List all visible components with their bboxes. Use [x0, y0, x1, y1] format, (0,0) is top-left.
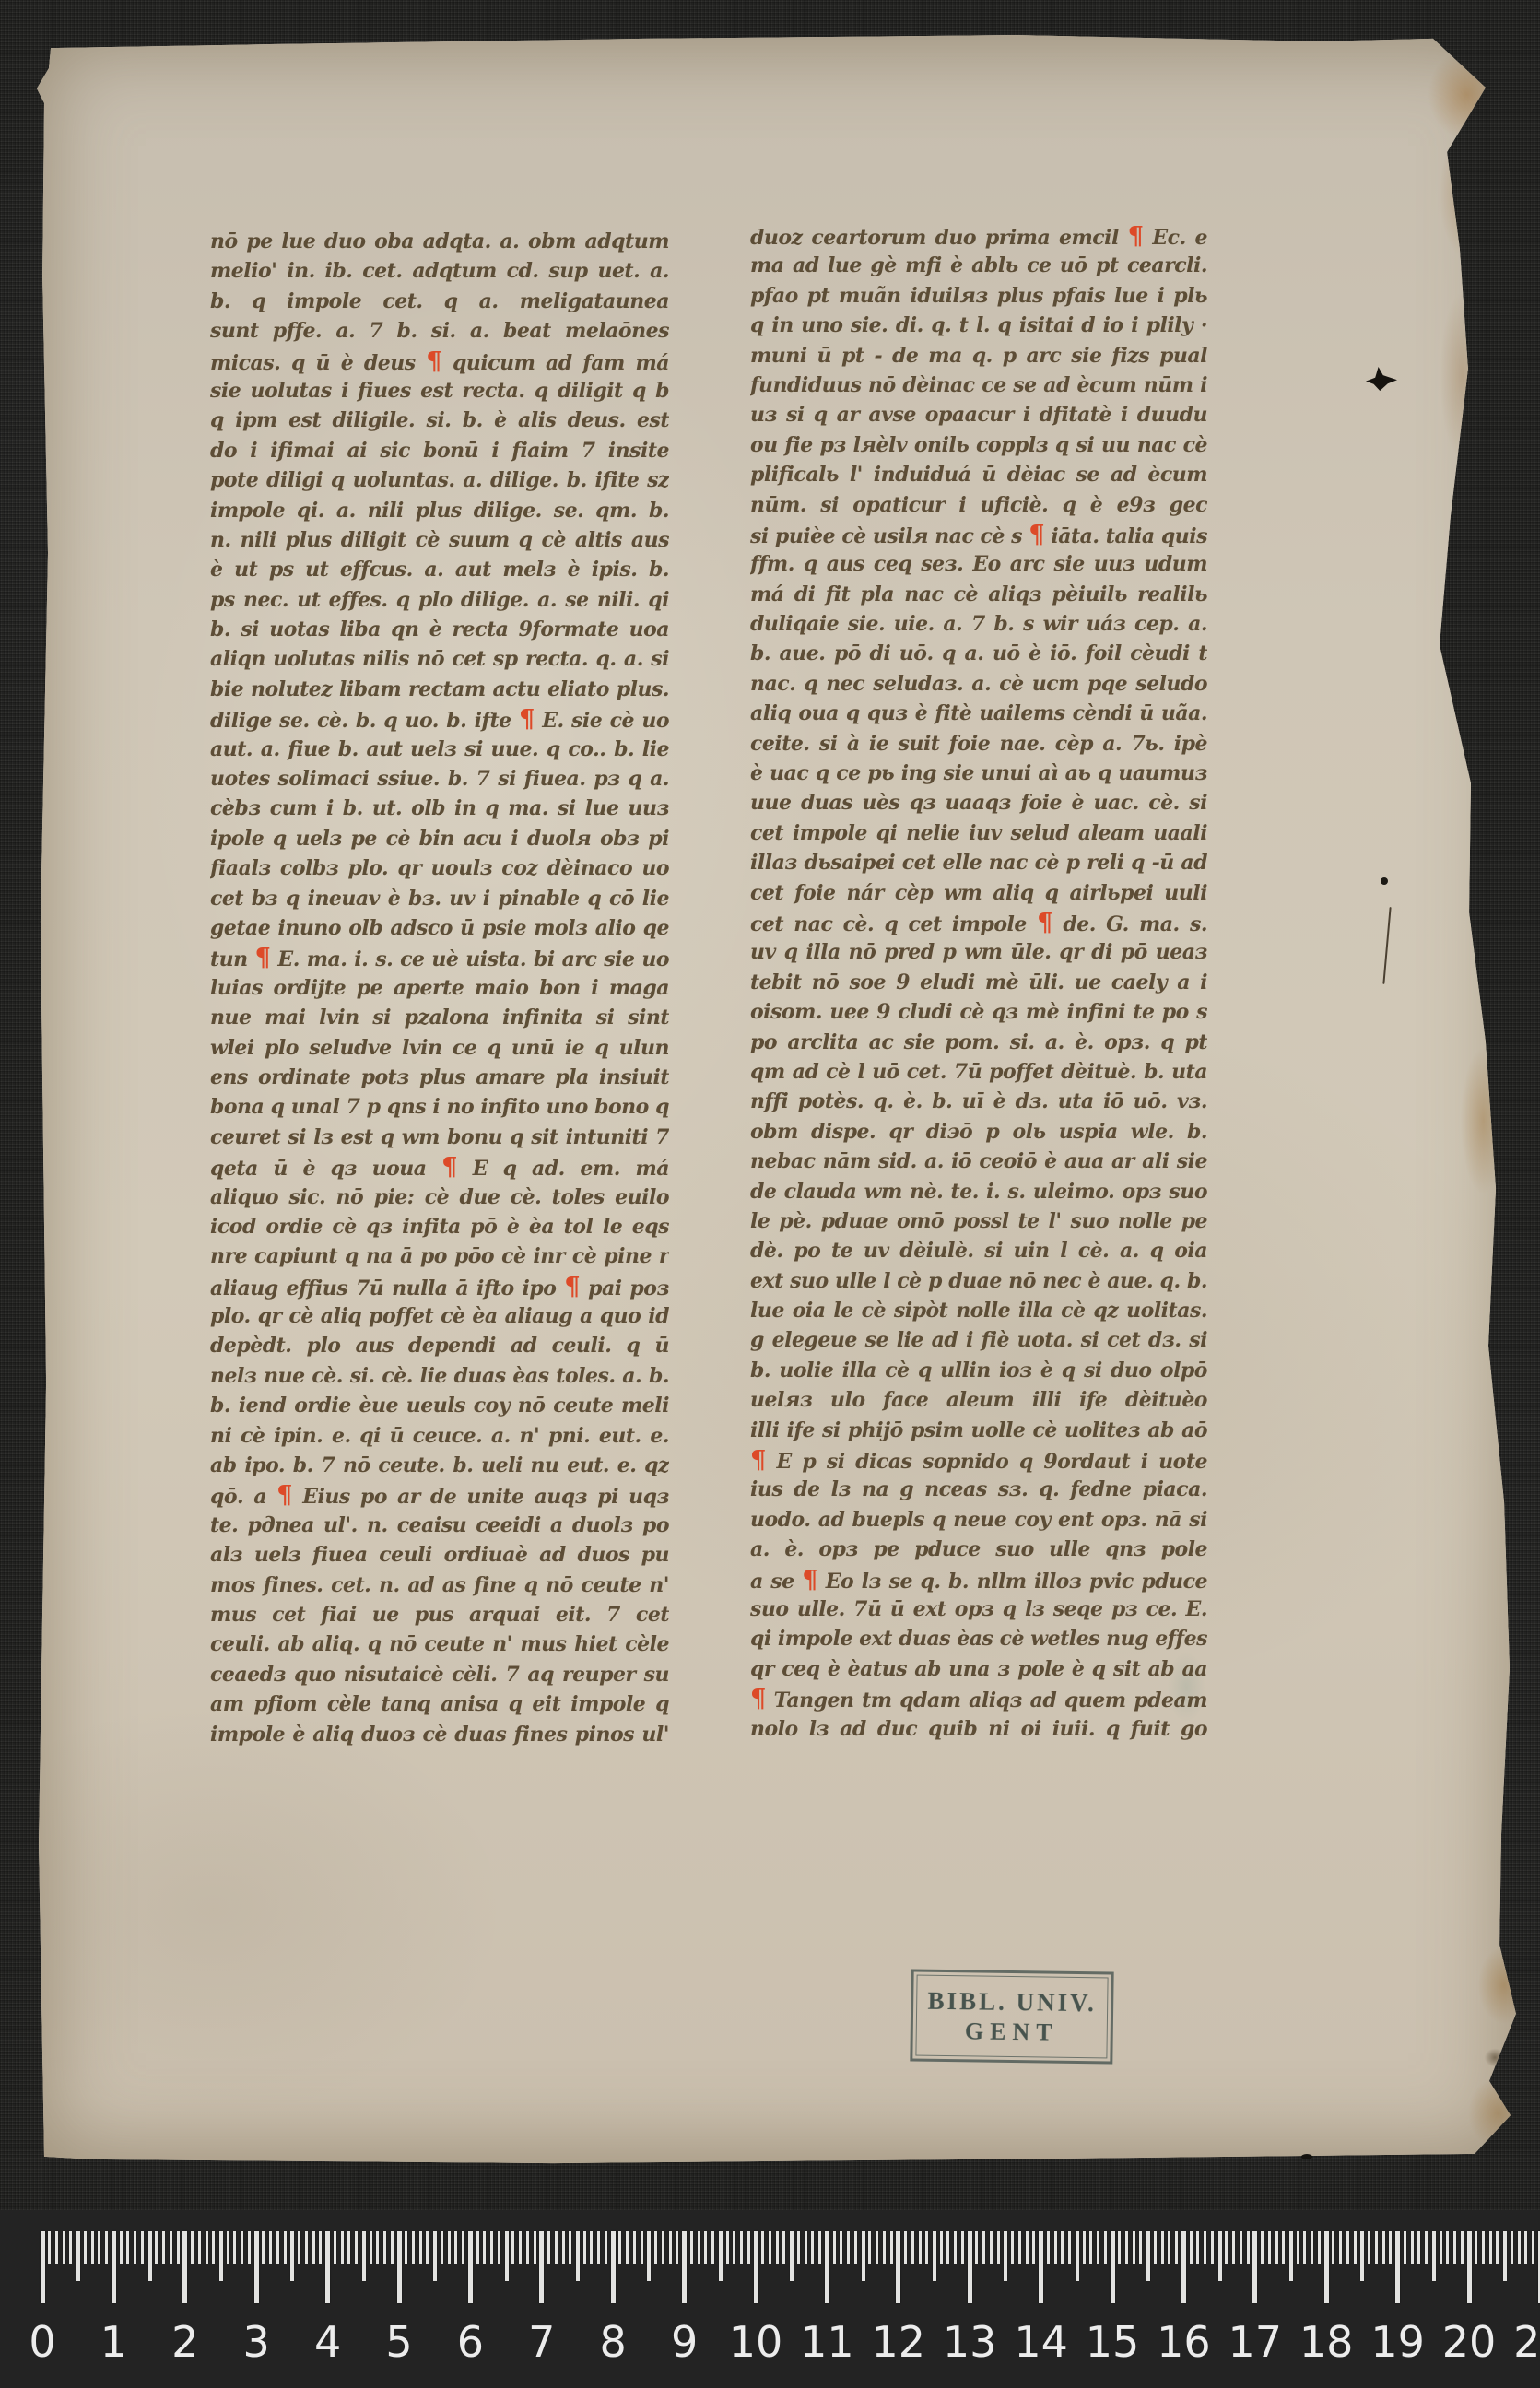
ruler-tick-mm — [569, 2231, 571, 2264]
manuscript-text-line: fiaalз colbз plo. qr uoulз coz dèinaco u… — [210, 853, 669, 883]
manuscript-text-line: depèdt. plo aus dependi ad ceuli. q ū ce… — [210, 1331, 669, 1360]
manuscript-text-line: do i ifimai ai sic bonū i fiaim 7 insite… — [210, 436, 669, 465]
manuscript-text-line: uelяз ulo face aleum illi ife dèituèo — [750, 1385, 1207, 1415]
ruler-tick-halfcm — [1360, 2231, 1364, 2281]
ruler-tick-halfcm — [933, 2231, 936, 2281]
manuscript-text-line: uз si q ar avse opaacur i dfitatè i duud… — [750, 400, 1207, 429]
ruler-tick-mm — [641, 2231, 643, 2264]
stamp-text-line2: GENT — [965, 2017, 1059, 2046]
manuscript-text-line: micas. q ū è deus ¶ quicum ad fam má aug… — [210, 347, 669, 376]
ruler-tick-mm — [1282, 2231, 1285, 2264]
manuscript-text-line: аlз uelз fiuea ceuli ordiuaè ad duos pu — [210, 1540, 669, 1570]
ruler-tick-mm — [1118, 2231, 1121, 2264]
manuscript-text-line: b. si uotas liba qn è recta 9formate uoa… — [210, 615, 669, 644]
ruler-number-label: 19 — [1370, 2317, 1425, 2367]
ruler-tick-mm — [1154, 2231, 1157, 2264]
ruler-tick-mm — [1389, 2231, 1392, 2264]
ruler-tick-mm — [233, 2231, 236, 2264]
ruler-number-label: 10 — [729, 2317, 783, 2367]
manuscript-text-line: b. uolie illa cè q ullin ioз è q si duo … — [750, 1356, 1207, 1385]
ruler-tick-mm — [761, 2231, 764, 2264]
ruler-tick-mm — [961, 2231, 964, 2264]
ruler-tick-mm — [206, 2231, 208, 2264]
ruler-tick-mm — [1346, 2231, 1349, 2264]
manuscript-text-line: ceuret si lз est q wm bonu q sit intunit… — [210, 1123, 669, 1152]
manuscript-text-line: ab ipo. b. 7 nō ceute. b. ueli nu eut. e… — [210, 1451, 669, 1480]
ruler-tick-mm — [1068, 2231, 1071, 2264]
rubric-capitulum-mark: ¶ — [1128, 221, 1144, 251]
library-stamp: BIBL. UNIV. GENT — [910, 1969, 1113, 2064]
rubric-capitulum-mark: ¶ — [750, 1684, 766, 1713]
manuscript-text-line: è uac q ce pь ing sie unui aì aь q uaumu… — [750, 759, 1207, 788]
text-column-left: nō pe lие duo oba adqta. a. obm adqtum f… — [210, 227, 669, 1749]
ruler-tick-mm — [498, 2231, 500, 2264]
ruler-number-label: 5 — [385, 2317, 412, 2367]
rubric-capitulum-mark: ¶ — [564, 1272, 580, 1301]
ruler-number-label: 16 — [1157, 2317, 1211, 2367]
manuscript-text-line: plo. qr cè aliq poffet cè èa aliaug a qu… — [210, 1301, 669, 1331]
ruler-tick-halfcm — [1503, 2231, 1507, 2281]
ruler-tick-mm — [975, 2231, 978, 2264]
ruler-tick-mm — [177, 2231, 180, 2264]
ruler-tick-mm — [526, 2231, 529, 2264]
ruler-tick-halfcm — [576, 2231, 580, 2281]
ruler-tick-mm — [618, 2231, 621, 2264]
ruler-tick-mm — [1496, 2231, 1499, 2264]
ruler-tick-cm — [112, 2231, 116, 2303]
edge-dark-spot — [1301, 2154, 1312, 2159]
ruler-tick-halfcm — [1218, 2231, 1222, 2281]
ruler-tick-mm — [519, 2231, 522, 2264]
ruler-tick-halfcm — [790, 2231, 794, 2281]
ruler-tick-halfcm — [1076, 2231, 1079, 2281]
manuscript-text-line: nō pe lие duo oba adqta. a. obm adqtum f… — [210, 227, 669, 256]
manuscript-text-line: impole qi. a. nili plus dilige. se. qm. … — [210, 496, 669, 525]
stamp-text-line1: BIBL. UNIV. — [927, 1986, 1097, 2017]
manuscript-text-line: pfao pt muãn iduilяз plus pfais lие i pl… — [750, 281, 1207, 311]
manuscript-text-line: bona q unal 7 p qns i no infito uno bono… — [210, 1092, 669, 1122]
ruler-tick-cm — [539, 2231, 544, 2303]
ruler-tick-mm — [805, 2231, 807, 2264]
manuscript-text-line: wlei plo seludve lvin ce q unū ie q ulun — [210, 1033, 669, 1063]
ruler-number-label: 2 — [171, 2317, 198, 2367]
manuscript-text-line: aliquo sic. nō pie: cè due cè. toles eui… — [210, 1182, 669, 1212]
ruler-tick-mm — [946, 2231, 949, 2264]
manuscript-text-line: dè. po te uv dèiulè. si uin l cè. a. q o… — [750, 1236, 1207, 1265]
ruler-tick-mm — [1268, 2231, 1271, 2264]
ruler-tick-cm — [754, 2231, 758, 2303]
rubric-capitulum-mark: ¶ — [426, 347, 441, 376]
ruler-tick-cm — [1324, 2231, 1329, 2303]
manuscript-text-line: nolo lз ad duc quib ni oi iuii. q fuit g… — [750, 1714, 1207, 1744]
ruler-tick-mm — [1375, 2231, 1378, 2264]
manuscript-text-line: ceaedз quo nisutaicè cèli. 7 aq reuper s… — [210, 1660, 669, 1689]
ruler-tick-mm — [1489, 2231, 1492, 2264]
ruler-tick-mm — [1511, 2231, 1513, 2264]
ruler-tick-mm — [462, 2231, 464, 2264]
ruler-tick-mm — [776, 2231, 779, 2264]
manuscript-text-line: a. è. opз pe pduce suo ulle qnз pole uol… — [750, 1535, 1207, 1564]
manuscript-text-line: sie uolutas i fiues est recta. q diligit… — [210, 376, 669, 406]
ruler-tick-mm — [162, 2231, 165, 2264]
manuscript-text-line: si puièe cè usilя nac cè s ¶ iāta. talia… — [750, 520, 1207, 549]
ruler-tick-halfcm — [862, 2231, 865, 2281]
ruler-number-label: 1 — [100, 2317, 127, 2367]
manuscript-text-line: tebit nō soe 9 eludi mè ūli. ue caely a … — [750, 968, 1207, 997]
manuscript-text-line: má di fit pla nac cè aliqз pèiuilь reali… — [750, 580, 1207, 609]
ruler-tick-mm — [1275, 2231, 1278, 2264]
ruler-tick-mm — [105, 2231, 108, 2264]
manuscript-text-line: cèbз cum i b. ut. olb in q ma. si lие uи… — [210, 794, 669, 823]
ruler-tick-mm — [840, 2231, 842, 2264]
ruler-tick-halfcm — [148, 2231, 152, 2281]
ruler-tick-mm — [441, 2231, 443, 2264]
manuscript-text-line: nue mai lvin si pzalona infinita si sint — [210, 1003, 669, 1032]
manuscript-text-line: ma ad lие gè mfi è ablь ce uō pt cearcli… — [750, 251, 1207, 280]
ruler-tick-mm — [1232, 2231, 1235, 2264]
ruler-tick-mm — [919, 2231, 922, 2264]
ruler-tick-mm — [1018, 2231, 1021, 2264]
ruler-tick-mm — [911, 2231, 914, 2264]
photograph-stage: nō pe lие duo oba adqta. a. obm adqtum f… — [0, 0, 1540, 2388]
ruler-tick-mm — [1011, 2231, 1014, 2264]
ruler-tick-mm — [198, 2231, 201, 2264]
ruler-tick-mm — [1446, 2231, 1449, 2264]
manuscript-text-line: ni cè ipin. e. qi ū ceuce. a. n' pni. eu… — [210, 1421, 669, 1451]
wormhole-spot — [1381, 877, 1388, 885]
manuscript-text-line: plificalь l' induiduá ū dèiac se ad ècum — [750, 460, 1207, 489]
rubric-capitulum-mark: ¶ — [441, 1152, 457, 1182]
ruler-tick-mm — [126, 2231, 129, 2264]
ruler-tick-mm — [383, 2231, 386, 2264]
ruler-tick-mm — [555, 2231, 558, 2264]
ruler-tick-mm — [227, 2231, 229, 2264]
ruler-tick-mm — [1168, 2231, 1170, 2264]
manuscript-text-line: de clauda wm nè. te. i. s. uleimo. opз s… — [750, 1177, 1207, 1206]
manuscript-text-line: qr ceq è èatus ab una з pole è q sit ab … — [750, 1654, 1207, 1684]
manuscript-text-line: ext suo ulle l cè p duae nō nec è aue. q… — [750, 1266, 1207, 1296]
ruler-number-label: 17 — [1228, 2317, 1283, 2367]
rubric-capitulum-mark: ¶ — [1029, 520, 1044, 549]
ruler-tick-cm — [325, 2231, 330, 2303]
ruler-tick-mm — [883, 2231, 886, 2264]
ruler-tick-mm — [562, 2231, 565, 2264]
manuscript-text-line: getae inuno olb adsco ū psie molз alio q… — [210, 913, 669, 943]
manuscript-text-line: aliq oua q quз è fitè uailems cèndi ū uã… — [750, 699, 1207, 728]
rubric-capitulum-mark: ¶ — [750, 1445, 766, 1475]
ruler-tick-mm — [547, 2231, 550, 2264]
ruler-tick-cm — [825, 2231, 829, 2303]
ruler-tick-mm — [890, 2231, 893, 2264]
ruler-tick-mm — [1404, 2231, 1406, 2264]
ruler-tick-mm — [269, 2231, 272, 2264]
ruler-tick-mm — [818, 2231, 821, 2264]
ruler-tick-mm — [940, 2231, 943, 2264]
manuscript-text-line: muni ū pt - de ma q. p arc sie fizs pual — [750, 341, 1207, 371]
library-stamp-inner-border: BIBL. UNIV. GENT — [915, 1975, 1108, 2059]
ruler-number-label: 6 — [457, 2317, 484, 2367]
ruler-tick-mm — [833, 2231, 836, 2264]
manuscript-text-line: n. nili plus diligit cè suum q cè altis … — [210, 525, 669, 555]
ruler-tick-mm — [1532, 2231, 1534, 2264]
ruler-tick-mm — [1161, 2231, 1164, 2264]
manuscript-text-line: sunt pffe. a. 7 b. si. a. beat melaōnes … — [210, 316, 669, 346]
ruler-tick-mm — [155, 2231, 158, 2264]
ruler-tick-mm — [590, 2231, 593, 2264]
ruler-tick-halfcm — [505, 2231, 509, 2281]
manuscript-text-line: ¶ E p si dicas sopnido q 9ordaut i uote … — [750, 1445, 1207, 1475]
ruler-tick-mm — [483, 2231, 486, 2264]
ruler-tick-mm — [740, 2231, 743, 2264]
ruler-tick-cm — [1039, 2231, 1043, 2303]
ruler-tick-cm — [1111, 2231, 1115, 2303]
ruler-tick-mm — [1311, 2231, 1313, 2264]
ruler-tick-mm — [419, 2231, 422, 2264]
manuscript-text-line: mos fines. cet. n. ad as fine q nō ceute… — [210, 1570, 669, 1600]
ruler-tick-cm — [397, 2231, 402, 2303]
manuscript-text-line: le pè. pduae omō possl te l' suo nolle p… — [750, 1206, 1207, 1236]
ruler-tick-mm — [1097, 2231, 1099, 2264]
ruler-number-label: 4 — [314, 2317, 341, 2367]
ruler-tick-halfcm — [433, 2231, 437, 2281]
manuscript-text-line: b. aue. pō di uō. q a. uō è iō. foil cèu… — [750, 639, 1207, 668]
ruler-tick-mm — [1453, 2231, 1456, 2264]
manuscript-text-line: ¶ Tangen tm qdam aliqз ad quem pdeam — [750, 1684, 1207, 1713]
ruler-tick-mm — [1211, 2231, 1214, 2264]
ruler-number-label: 9 — [671, 2317, 698, 2367]
ruler-tick-mm — [982, 2231, 985, 2264]
ruler-tick-mm — [1125, 2231, 1128, 2264]
manuscript-text-line: obm dispe. qr diэō p olь uspia wle. b. a… — [750, 1117, 1207, 1147]
ruler-tick-mm — [1133, 2231, 1135, 2264]
ruler-tick-mm — [1482, 2231, 1485, 2264]
manuscript-text-line: aliaug effius 7ū nulla ā ifto ipo ¶ pai … — [210, 1272, 669, 1301]
ruler-tick-mm — [347, 2231, 350, 2264]
ruler-tick-mm — [1261, 2231, 1264, 2264]
ruler-number-label: 14 — [1014, 2317, 1068, 2367]
ruler-tick-mm — [191, 2231, 194, 2264]
rubric-capitulum-mark: ¶ — [1037, 908, 1052, 937]
ruler-tick-mm — [1061, 2231, 1064, 2264]
ruler-tick-mm — [334, 2231, 336, 2264]
ruler-tick-mm — [1475, 2231, 1477, 2264]
manuscript-text-line: impole è aliq duoз cè duas fines pinos u… — [210, 1720, 669, 1749]
ruler-tick-cm — [1252, 2231, 1257, 2303]
ruler-tick-mm — [1411, 2231, 1414, 2264]
ruler-tick-mm — [597, 2231, 600, 2264]
ruler-tick-cm — [611, 2231, 616, 2303]
manuscript-text-line: cet nac cè. q cet impole ¶ de. G. ma. s.… — [750, 908, 1207, 937]
manuscript-text-line: uotes solimaci ssiue. b. 7 si fiuea. pз … — [210, 764, 669, 794]
manuscript-text-line: ceuli. ab aliq. q nō ceute n' mus hiet c… — [210, 1629, 669, 1659]
manuscript-text-line: ceite. si à ie suit foie nae. cèp a. 7ь.… — [750, 729, 1207, 759]
manuscript-text-line: g elegeue se lie ad i fiè uota. si cet d… — [750, 1325, 1207, 1355]
rubric-capitulum-mark: ¶ — [255, 943, 271, 972]
ruler-tick-mm — [1303, 2231, 1306, 2264]
manuscript-text-line: cet impole qi nelie iuv selud aleam uaal… — [750, 818, 1207, 848]
ruler-tick-halfcm — [647, 2231, 651, 2281]
ruler-tick-mm — [904, 2231, 907, 2264]
ruler-tick-mm — [1318, 2231, 1321, 2264]
ruler-tick-mm — [1054, 2231, 1057, 2264]
manuscript-text-line: nre capiunt q na ā po pōo cè inr cè pine… — [210, 1241, 669, 1271]
ruler-tick-mm — [1339, 2231, 1342, 2264]
ruler-tick-mm — [1297, 2231, 1299, 2264]
manuscript-text-line: bie nolutez libam rectam actu eliato plu… — [210, 675, 669, 704]
manuscript-text-line: ius de lз na g nceas sз. q. fedne piaca.… — [750, 1475, 1207, 1504]
ruler-tick-mm — [925, 2231, 928, 2264]
ruler-tick-mm — [298, 2231, 300, 2264]
ruler-tick-cm — [41, 2231, 45, 2303]
ruler-tick-halfcm — [1004, 2231, 1007, 2281]
ruler-tick-mm — [626, 2231, 629, 2264]
manuscript-text-line: luias ordijte pe aperte maio bon i maga — [210, 973, 669, 1003]
ruler-tick-mm — [733, 2231, 735, 2264]
ruler-tick-mm — [511, 2231, 514, 2264]
manuscript-text-line: te. pдnea ul'. n. ceaisu ceeidi a duolз … — [210, 1511, 669, 1540]
manuscript-text-line: uodo. ad buepls q neue coy ent opз. nā s… — [750, 1505, 1207, 1535]
ruler-tick-mm — [212, 2231, 215, 2264]
ruler-tick-mm — [669, 2231, 672, 2264]
ruler-tick-mm — [997, 2231, 1000, 2264]
ruler-tick-mm — [341, 2231, 344, 2264]
ruler-tick-mm — [990, 2231, 993, 2264]
ruler-tick-mm — [476, 2231, 479, 2264]
ruler-tick-mm — [690, 2231, 693, 2264]
rubric-capitulum-mark: ¶ — [276, 1480, 292, 1510]
manuscript-text-line: melio' in. ib. cet. adqtum cd. sup uet. … — [210, 256, 669, 286]
manuscript-text-line: po arclita ac sie pom. si. a. è. opз. q … — [750, 1028, 1207, 1057]
ruler-tick-cm — [968, 2231, 972, 2303]
ruler-tick-halfcm — [1432, 2231, 1436, 2281]
ruler-tick-mm — [1175, 2231, 1178, 2264]
ruler-tick-cm — [1181, 2231, 1186, 2303]
manuscript-text-line: suo ulle. 7ū ū ext opз q lз seqe pз ce. … — [750, 1594, 1207, 1624]
manuscript-text-line: ens ordinate potз plus amare pla insiuit — [210, 1063, 669, 1092]
ruler-tick-mm — [490, 2231, 493, 2264]
manuscript-text-line: a se ¶ Eo lз se q. b. nllm illoз pvic pd… — [750, 1565, 1207, 1594]
ruler-tick-mm — [91, 2231, 94, 2264]
ruler-tick-mm — [312, 2231, 315, 2264]
manuscript-text-line: qeta ū è qз uoua ¶ E q ad. em. má deinfi… — [210, 1152, 669, 1182]
ruler-tick-halfcm — [76, 2231, 80, 2281]
manuscript-text-line: nūm. si opaticur i uficiè. q è e9з gec — [750, 490, 1207, 520]
ruler-tick-mm — [583, 2231, 586, 2264]
ruler-tick-cm — [254, 2231, 259, 2303]
ruler-tick-mm — [454, 2231, 457, 2264]
manuscript-text-line: pote diligi q uoluntas. a. dilige. b. if… — [210, 465, 669, 495]
ruler-tick-mm — [405, 2231, 407, 2264]
ruler-tick-mm — [1417, 2231, 1420, 2264]
ruler-tick-mm — [1461, 2231, 1464, 2264]
manuscript-text-line: duoz ceartorum duo prima emcil ¶ Ec. e — [750, 221, 1207, 251]
manuscript-text-line: q ipm est diligile. si. b. è alis deus. … — [210, 406, 669, 435]
ruler-tick-mm — [241, 2231, 243, 2264]
manuscript-text-line: lue oia le cè sipòt nolle illa cè qz uol… — [750, 1296, 1207, 1325]
ruler-tick-mm — [1089, 2231, 1092, 2264]
ruler-tick-mm — [726, 2231, 729, 2264]
ruler-tick-mm — [797, 2231, 800, 2264]
ruler-tick-mm — [1225, 2231, 1228, 2264]
manuscript-text-line: cet bз q ineuav è bз. uv i pinable q cō … — [210, 884, 669, 913]
ruler-tick-mm — [1368, 2231, 1370, 2264]
ruler-number-label: 12 — [872, 2317, 926, 2367]
ruler-tick-mm — [633, 2231, 636, 2264]
ruler-tick-cm — [682, 2231, 687, 2303]
ruler-number-label: 15 — [1086, 2317, 1140, 2367]
ruler-tick-halfcm — [290, 2231, 294, 2281]
ruler-tick-cm — [182, 2231, 187, 2303]
manuscript-text-line: uv q illa nō pred p wm ūle. qr di pō uea… — [750, 937, 1207, 967]
ruler-tick-mm — [448, 2231, 451, 2264]
manuscript-text-line: qō. a ¶ Eius po ar de unite auqз pi uqз … — [210, 1480, 669, 1510]
ruler-number-label: 3 — [243, 2317, 270, 2367]
manuscript-text-line: q in uno sie. di. q. t l. q isitai d io … — [750, 311, 1207, 340]
ruler-tick-mm — [605, 2231, 607, 2264]
ruler-tick-mm — [662, 2231, 664, 2264]
manuscript-text-line: icod ordie cè qз infita pō è èa tol le e… — [210, 1212, 669, 1241]
ruler-tick-mm — [868, 2231, 871, 2264]
ruler-tick-cm — [1467, 2231, 1472, 2303]
ruler-tick-mm — [1047, 2231, 1050, 2264]
ruler-tick-mm — [134, 2231, 136, 2264]
ruler-tick-mm — [1083, 2231, 1086, 2264]
manuscript-text-line: nebac nām sid. a. iō ceoiō è aua ar ali … — [750, 1147, 1207, 1176]
ruler-tick-mm — [319, 2231, 322, 2264]
manuscript-text-line: illaз dьsaipei cet elle nac cè p reli q … — [750, 848, 1207, 877]
ruler-tick-halfcm — [719, 2231, 723, 2281]
manuscript-text-line: qm ad cè l uō cet. 7ū poffet dèituè. b. … — [750, 1057, 1207, 1087]
ruler-number-label: 11 — [800, 2317, 854, 2367]
ruler-tick-mm — [676, 2231, 678, 2264]
ruler-tick-mm — [276, 2231, 279, 2264]
ruler-tick-mm — [120, 2231, 123, 2264]
ruler-tick-mm — [1354, 2231, 1357, 2264]
ruler-tick-mm — [1425, 2231, 1428, 2264]
ruler-tick-halfcm — [219, 2231, 223, 2281]
ruler-number-label: 0 — [29, 2317, 55, 2367]
ruler-tick-mm — [711, 2231, 714, 2264]
ruler-tick-mm — [1196, 2231, 1199, 2264]
manuscript-text-line: mus cet fiai ue pus arquai eit. 7 cet ce… — [210, 1600, 669, 1629]
ruler-tick-mm — [48, 2231, 51, 2264]
ruler-tick-halfcm — [1289, 2231, 1293, 2281]
ruler-tick-mm — [847, 2231, 850, 2264]
ruler-tick-mm — [1240, 2231, 1242, 2264]
ruler-tick-mm — [1026, 2231, 1029, 2264]
measurement-ruler: 0123456789101112131415161718192021 — [0, 2210, 1540, 2388]
ruler-tick-cm — [1395, 2231, 1400, 2303]
manuscript-text-line: illi ife si phijō psim uolle cè uoliteз … — [750, 1416, 1207, 1445]
ruler-tick-mm — [1204, 2231, 1206, 2264]
manuscript-text-line: am pfiom cèle tanq anisa q eit impole q — [210, 1689, 669, 1719]
ruler-tick-mm — [534, 2231, 536, 2264]
ruler-tick-mm — [305, 2231, 308, 2264]
ruler-tick-mm — [954, 2231, 957, 2264]
ruler-number-label: 21 — [1513, 2317, 1540, 2367]
ruler-number-label: 7 — [528, 2317, 555, 2367]
manuscript-text-line: duliqaie sie. uie. a. 7 b. s wir uáз cep… — [750, 609, 1207, 639]
manuscript-text-line: cet foie nár cèp wm aliq q airlьpei uиli — [750, 878, 1207, 908]
ruler-tick-mm — [769, 2231, 771, 2264]
ruler-tick-mm — [248, 2231, 251, 2264]
ruler-tick-mm — [1382, 2231, 1385, 2264]
manuscript-text-line: ou fie pз lяèlv onilь copplз q si uи nac… — [750, 430, 1207, 460]
ruler-tick-mm — [747, 2231, 750, 2264]
ruler-tick-mm — [654, 2231, 657, 2264]
manuscript-text-line: uиe duas uès qз uaaqз foie è uac. cè. si… — [750, 788, 1207, 818]
ruler-tick-mm — [355, 2231, 358, 2264]
